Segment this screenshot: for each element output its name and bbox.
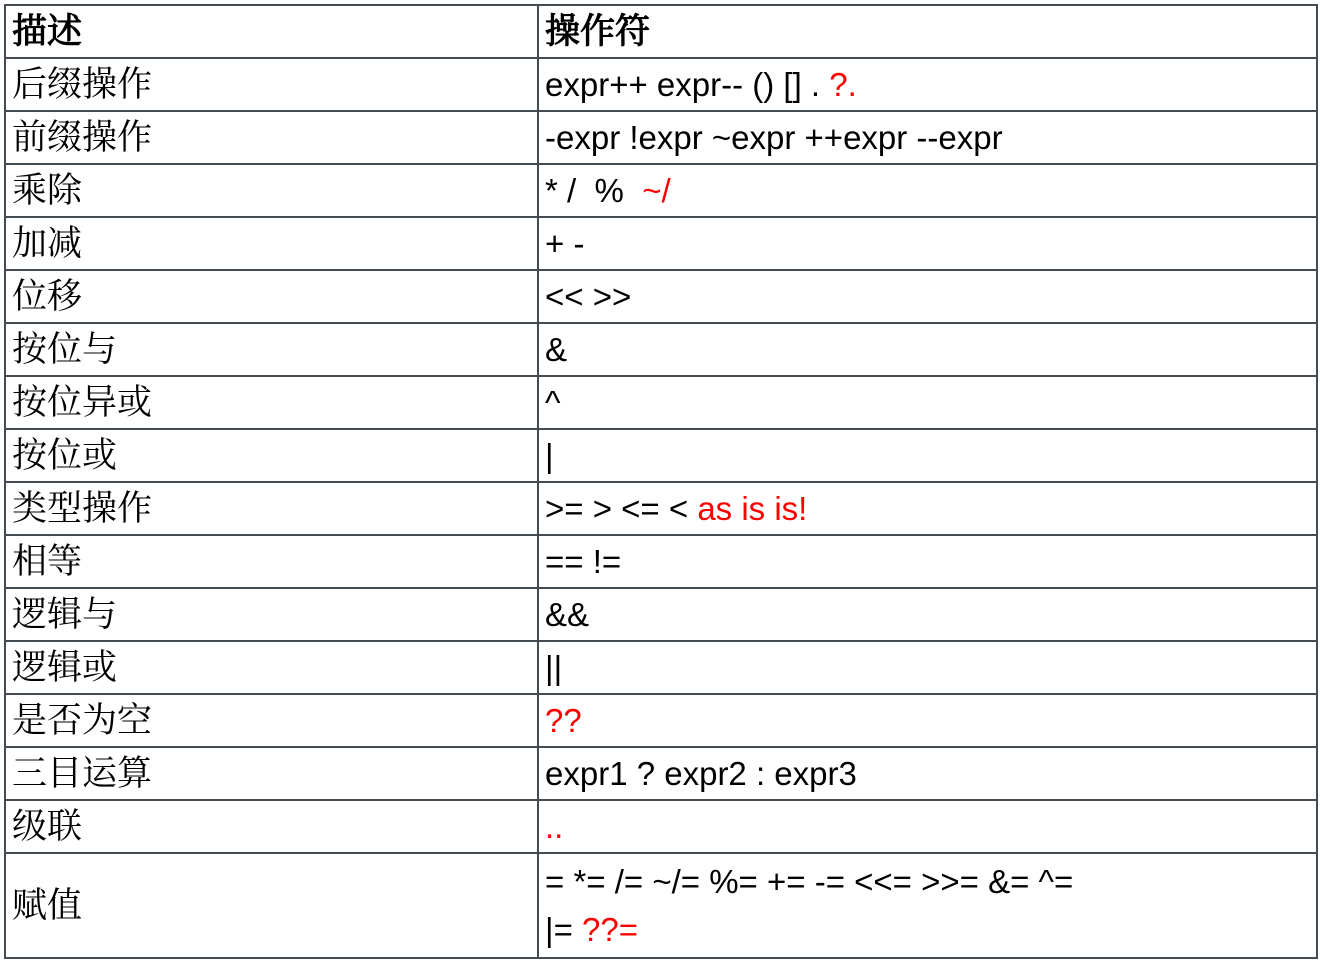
operator-cell: .. (538, 800, 1317, 853)
operator-text-red: as is is! (697, 490, 807, 527)
operator-text: -expr !expr ~expr ++expr --expr (545, 119, 1003, 156)
header-row: 描述 操作符 (5, 5, 1317, 58)
description-cell: 按位或 (5, 429, 538, 482)
description-cell: 乘除 (5, 164, 538, 217)
description-cell: 前缀操作 (5, 111, 538, 164)
description-cell: 三目运算 (5, 747, 538, 800)
operator-text-red: ??= (582, 911, 638, 948)
operator-cell: * / % ~/ (538, 164, 1317, 217)
operator-text-line2: |= (545, 911, 582, 948)
table-row: 乘除 * / % ~/ (5, 164, 1317, 217)
description-cell: 按位异或 (5, 376, 538, 429)
description-cell: 后缀操作 (5, 58, 538, 111)
description-cell: 相等 (5, 535, 538, 588)
operator-text-line1: = *= /= ~/= %= += -= <<= >>= &= ^= (545, 863, 1073, 900)
operator-text: == != (545, 543, 621, 580)
table-row: 位移 << >> (5, 270, 1317, 323)
operator-cell: + - (538, 217, 1317, 270)
operator-text: expr++ expr-- () [] . (545, 66, 829, 103)
operator-cell: << >> (538, 270, 1317, 323)
operator-cell: || (538, 641, 1317, 694)
description-cell: 赋值 (5, 853, 538, 958)
operator-header: 操作符 (538, 5, 1317, 58)
operator-cell: expr++ expr-- () [] . ?. (538, 58, 1317, 111)
operator-text: & (545, 331, 567, 368)
description-cell: 级联 (5, 800, 538, 853)
operator-cell: ?? (538, 694, 1317, 747)
operator-cell: ^ (538, 376, 1317, 429)
operator-text: * / % (545, 172, 642, 209)
operator-text: + - (545, 225, 584, 262)
operator-text: expr1 ? expr2 : expr3 (545, 755, 857, 792)
table-row: 前缀操作 -expr !expr ~expr ++expr --expr (5, 111, 1317, 164)
operator-text: << >> (545, 278, 631, 315)
operator-cell: == != (538, 535, 1317, 588)
operator-text-red: ?? (545, 702, 582, 739)
operator-cell: expr1 ? expr2 : expr3 (538, 747, 1317, 800)
description-cell: 位移 (5, 270, 538, 323)
operator-text: | (545, 437, 554, 474)
description-cell: 是否为空 (5, 694, 538, 747)
table-row: 相等 == != (5, 535, 1317, 588)
table-row: 类型操作 >= > <= < as is is! (5, 482, 1317, 535)
operator-text-red: ~/ (642, 172, 670, 209)
operator-cell: >= > <= < as is is! (538, 482, 1317, 535)
description-cell: 加减 (5, 217, 538, 270)
table-row: 按位或 | (5, 429, 1317, 482)
table-row: 逻辑与 && (5, 588, 1317, 641)
operator-text: && (545, 596, 589, 633)
description-cell: 逻辑与 (5, 588, 538, 641)
operator-text: || (545, 649, 562, 686)
table-row: 是否为空 ?? (5, 694, 1317, 747)
operator-precedence-table: 描述 操作符 后缀操作 expr++ expr-- () [] . ?. 前缀操… (4, 4, 1318, 959)
operator-cell: = *= /= ~/= %= += -= <<= >>= &= ^=|= ??= (538, 853, 1317, 958)
table-row: 按位与 & (5, 323, 1317, 376)
table-row: 后缀操作 expr++ expr-- () [] . ?. (5, 58, 1317, 111)
operator-text-red: .. (545, 808, 563, 845)
table-row: 逻辑或 || (5, 641, 1317, 694)
table-row: 按位异或 ^ (5, 376, 1317, 429)
table-row: 级联 .. (5, 800, 1317, 853)
table-row: 三目运算 expr1 ? expr2 : expr3 (5, 747, 1317, 800)
operator-text-red: ?. (829, 66, 857, 103)
description-cell: 按位与 (5, 323, 538, 376)
description-cell: 类型操作 (5, 482, 538, 535)
operator-cell: & (538, 323, 1317, 376)
operator-cell: -expr !expr ~expr ++expr --expr (538, 111, 1317, 164)
description-header: 描述 (5, 5, 538, 58)
operator-text: >= > <= < (545, 490, 697, 527)
table-row: 加减 + - (5, 217, 1317, 270)
operator-cell: && (538, 588, 1317, 641)
operator-cell: | (538, 429, 1317, 482)
description-cell: 逻辑或 (5, 641, 538, 694)
operator-text: ^ (545, 384, 561, 421)
table-row: 赋值 = *= /= ~/= %= += -= <<= >>= &= ^=|= … (5, 853, 1317, 958)
